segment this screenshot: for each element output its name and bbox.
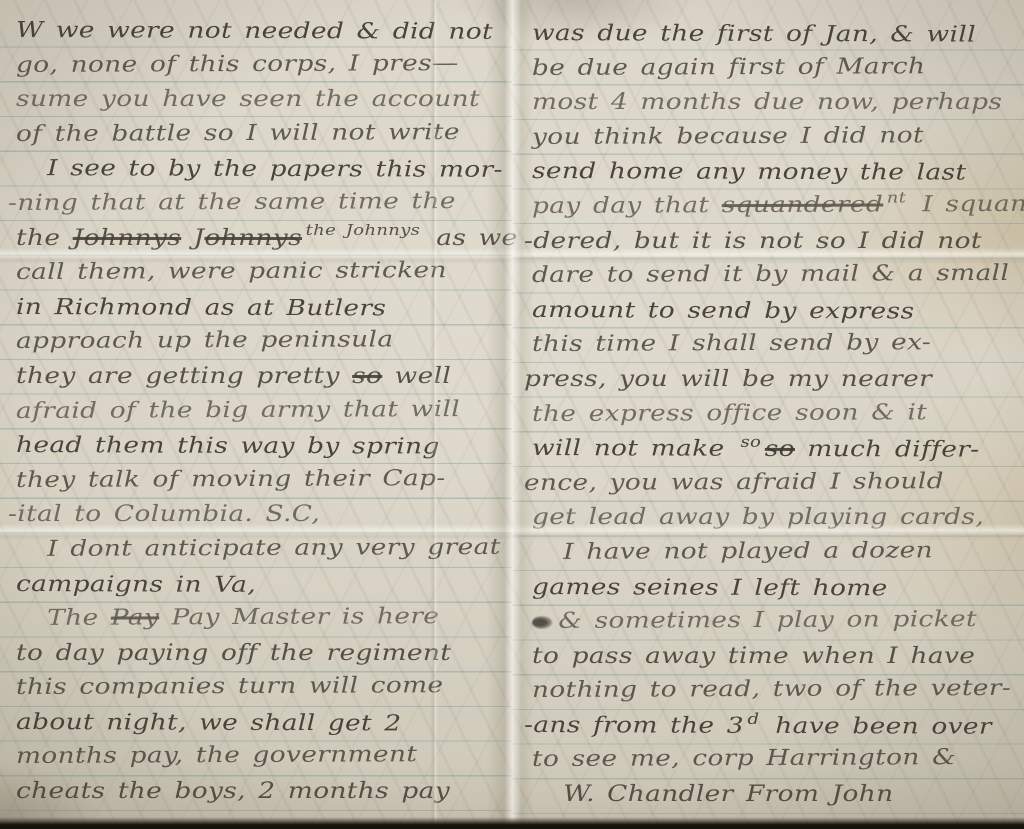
handwritten-text: to see me, corp Harrington & — [532, 746, 956, 773]
handwritten-text: get lead away by playing cards, — [532, 505, 984, 530]
scan-bottom-edge — [0, 817, 1024, 829]
crossed-out-word: ohnnys — [204, 226, 302, 251]
handwritten-line: will not make soso much differ- — [532, 432, 1024, 469]
handwritten-line: ence, you was afraid I should — [524, 464, 1024, 501]
handwritten-line: this time I shall send by ex- — [532, 326, 1024, 363]
crossed-out-word: squandered — [722, 192, 884, 218]
handwritten-text: the — [16, 226, 73, 251]
handwritten-text: approach up the peninsula — [16, 328, 394, 355]
letter-scan: W we were not needed & did notgo, none o… — [0, 0, 1024, 829]
handwritten-text: they are getting pretty — [16, 364, 352, 389]
handwritten-line: send home any money the last — [532, 155, 1024, 192]
handwritten-line: W we were not needed & did not — [16, 14, 609, 51]
handwritten-text: Pay Master is here — [159, 604, 439, 630]
inserted-word-above: the Johnnys — [306, 213, 421, 248]
handwritten-text: -ning that at the same time the — [8, 189, 456, 216]
ink-blot — [532, 616, 552, 629]
crossed-out-word: so — [352, 364, 382, 389]
handwritten-line: to pass away time when I have — [532, 640, 1024, 675]
handwritten-text: will not make — [532, 436, 737, 462]
handwritten-text: most 4 months due now, perhaps — [532, 90, 1002, 115]
handwritten-line: afraid of the big army that will — [16, 392, 609, 429]
handwritten-text: call them, were panic stricken — [16, 258, 447, 285]
handwritten-text: they talk of moving their Cap- — [16, 466, 446, 493]
handwritten-line: they talk of moving their Cap- — [16, 461, 609, 498]
handwritten-line: I see to by the papers this mor- — [16, 152, 609, 189]
handwritten-text: -ans from the 3 — [524, 713, 744, 739]
handwritten-line: call them, were panic stricken — [16, 254, 609, 291]
handwritten-text: this companies turn will come — [16, 673, 444, 700]
handwritten-line: the Johnnys Johnnysthe Johnnys as we — [16, 222, 609, 257]
handwritten-text: cheats the boys, 2 months pay — [16, 779, 450, 804]
inserted-word-above: nt — [887, 180, 907, 215]
handwritten-text: W. Chandler From John — [563, 782, 893, 807]
handwritten-line: months pay, the government — [16, 738, 609, 775]
handwritten-line: they are getting pretty so well — [16, 360, 609, 395]
handwritten-line: pay day that squanderednt I squan- — [532, 187, 1024, 224]
handwritten-text: W we were not needed & did not — [16, 18, 493, 45]
handwritten-line: games seines I left home — [532, 571, 1024, 608]
handwriting-right: was due the first of Jan, & willbe due a… — [532, 17, 1024, 813]
handwritten-line: campaigns in Va, — [16, 568, 609, 605]
handwritten-text: pay day that — [532, 193, 722, 219]
handwritten-text: games seines I left home — [532, 575, 888, 601]
handwritten-text: I have not played a dozen — [563, 538, 933, 565]
inserted-word-above: d — [747, 701, 759, 736]
handwritten-text: in Richmond as at Butlers — [16, 295, 386, 321]
letter-page-right: was due the first of Jan, & willbe due a… — [512, 0, 1024, 829]
handwritten-text: afraid of the big army that will — [16, 397, 460, 424]
handwritten-line: you think because I did not — [532, 118, 1024, 155]
handwritten-text: much differ- — [795, 437, 980, 463]
handwritten-line: this companies turn will come — [16, 669, 609, 706]
crossed-out-word: Johnnys — [73, 226, 181, 251]
handwritten-text: I see to by the papers this mor- — [47, 156, 503, 183]
handwritten-text: this time I shall send by ex- — [532, 331, 931, 358]
handwritten-line: to see me, corp Harrington & — [532, 741, 1024, 778]
handwriting-left: W we were not needed & did notgo, none o… — [16, 14, 510, 810]
handwritten-text: nothing to read, two of the veter- — [532, 676, 1011, 703]
handwritten-line: was due the first of Jan, & will — [532, 17, 1024, 54]
handwritten-text: the express office soon & it — [532, 400, 927, 427]
handwritten-text: -ital to Columbia. S.C, — [8, 502, 320, 527]
handwritten-line: W. Chandler From John — [532, 778, 1024, 813]
handwritten-text: amount to send by express — [532, 298, 915, 324]
crossed-out-word: so — [765, 437, 795, 462]
handwritten-text: I squan- — [910, 192, 1024, 218]
handwritten-text: head them this way by spring — [16, 433, 440, 460]
handwritten-line: approach up the peninsula — [16, 323, 609, 360]
handwritten-line: dare to send it by mail & a small — [532, 257, 1024, 294]
handwritten-text: you think because I did not — [532, 123, 924, 150]
handwritten-text: to day paying off the regiment — [16, 641, 451, 666]
handwritten-text: months pay, the government — [16, 743, 417, 770]
handwritten-text: ence, you was afraid I should — [524, 469, 944, 496]
handwritten-line: go, none of this corps, I pres— — [16, 46, 609, 83]
handwritten-text: as we — [424, 226, 518, 251]
handwritten-line: I have not played a dozen — [532, 533, 1024, 570]
handwritten-text: -dered, but it is not so I did not — [524, 229, 982, 254]
handwritten-line: I dont anticipate any very great — [16, 530, 609, 567]
handwritten-text: have been over — [763, 714, 992, 740]
handwritten-line: head them this way by spring — [16, 429, 609, 466]
handwritten-line: amount to send by express — [532, 294, 1024, 331]
handwritten-text: be due again first of March — [532, 54, 926, 81]
handwritten-line: get lead away by playing cards, — [532, 501, 1024, 536]
handwritten-text: about night, we shall get 2 — [16, 710, 402, 736]
handwritten-text: I dont anticipate any very great — [47, 535, 501, 562]
handwritten-line: -ital to Columbia. S.C, — [8, 498, 610, 533]
handwritten-line: the express office soon & it — [532, 395, 1024, 432]
handwritten-line: The Pay Pay Master is here — [16, 600, 609, 637]
handwritten-text: well — [382, 364, 451, 389]
handwritten-text: sume you have seen the account — [16, 87, 480, 112]
crossed-out-word: Pay — [111, 605, 159, 630]
handwritten-text: J — [181, 226, 204, 251]
handwritten-line: & sometimes I play on picket — [532, 603, 1024, 640]
handwritten-text: of the battle so I will not write — [16, 120, 460, 147]
handwritten-line: of the battle so I will not write — [16, 115, 609, 152]
handwritten-line: sume you have seen the account — [16, 83, 609, 118]
letter-page-left: W we were not needed & did notgo, none o… — [0, 0, 512, 829]
handwritten-line: -ans from the 3d have been over — [524, 709, 1024, 746]
handwritten-line: nothing to read, two of the veter- — [532, 672, 1024, 709]
handwritten-text: go, none of this corps, I pres— — [16, 51, 459, 78]
handwritten-text: to pass away time when I have — [532, 644, 975, 669]
handwritten-line: most 4 months due now, perhaps — [532, 86, 1024, 121]
handwritten-text: dare to send it by mail & a small — [532, 261, 1009, 288]
handwritten-line: press, you will be my nearer — [524, 363, 1024, 398]
handwritten-text: The — [47, 606, 111, 631]
handwritten-text: campaigns in Va, — [16, 572, 256, 598]
handwritten-text: press, you will be my nearer — [524, 367, 932, 392]
handwritten-text: & sometimes I play on picket — [558, 607, 977, 634]
inserted-word-above: so — [740, 425, 761, 460]
handwritten-line: cheats the boys, 2 months pay — [16, 775, 609, 810]
handwritten-text: was due the first of Jan, & will — [532, 21, 976, 48]
handwritten-line: to day paying off the regiment — [16, 637, 609, 672]
handwritten-line: be due again first of March — [532, 49, 1024, 86]
handwritten-line: -dered, but it is not so I did not — [524, 225, 1024, 260]
